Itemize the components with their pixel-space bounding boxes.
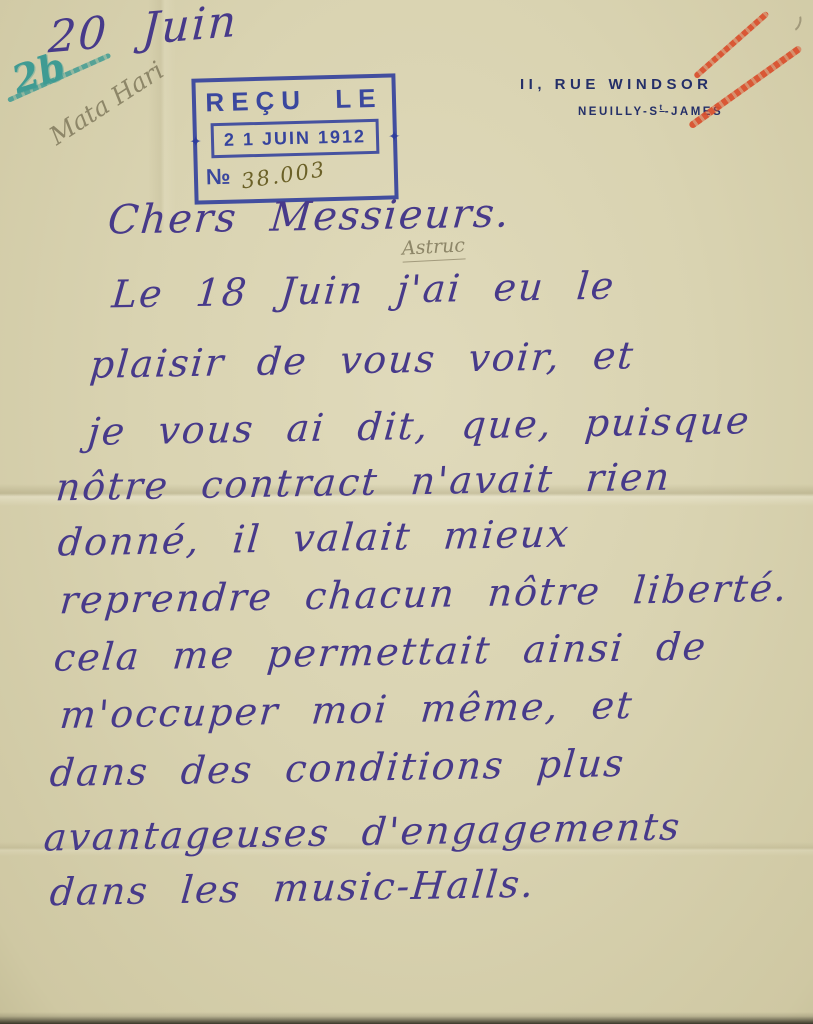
handwritten-line: nôtre contract n'avait rien xyxy=(54,455,673,510)
handwritten-line: cela me permettait ainsi de xyxy=(52,624,709,679)
red-crayon-stroke xyxy=(693,10,770,79)
stamp-numero-sign: № xyxy=(206,164,231,191)
handwritten-line: plaisir de vous voir, et xyxy=(88,333,637,387)
handwritten-line: dans des conditions plus xyxy=(48,741,627,795)
stamp-ornament-left-icon: ✦ xyxy=(189,132,202,150)
page-bottom-edge xyxy=(0,1012,813,1024)
stamp-number-row: № 38.003 xyxy=(198,159,395,190)
stamp-date-row: ✦ 2 1 JUIN 1912 ✦ xyxy=(197,118,394,158)
letterhead-city-part1: NEUILLY-S xyxy=(578,106,660,118)
stamp-ornament-right-icon: ✦ xyxy=(388,127,401,145)
handwritten-line: reprendre chacun nôtre liberté. xyxy=(58,566,790,623)
pencil-squiggle xyxy=(785,10,804,33)
stamp-number-handwritten: 38.003 xyxy=(239,157,327,193)
handwritten-line: avantageuses d'engagements xyxy=(42,804,683,859)
stamp-date: 2 1 JUIN 1912 xyxy=(211,119,380,158)
handwritten-date-note: 20 Juin xyxy=(47,0,239,64)
handwritten-line: Le 18 Juin j'ai eu le xyxy=(110,264,617,317)
stamp-title: REÇU LE xyxy=(196,82,393,118)
handwritten-line: dans les music-Halls. xyxy=(48,862,537,915)
handwritten-line: je vous ai dit, que, puisque xyxy=(86,398,752,454)
letter-page: 20 Juin 2b Mata Hari REÇU LE ✦ 2 1 JUIN … xyxy=(0,0,813,1024)
receipt-stamp: REÇU LE ✦ 2 1 JUIN 1912 ✦ № 38.003 xyxy=(191,73,398,204)
pencil-annotation-recipient: Astruc xyxy=(401,234,465,262)
handwritten-line: m'occuper moi même, et xyxy=(58,683,635,737)
letterhead-address: II, RUE WINDSOR xyxy=(520,76,713,93)
handwritten-line: donné, il valait mieux xyxy=(56,511,572,564)
